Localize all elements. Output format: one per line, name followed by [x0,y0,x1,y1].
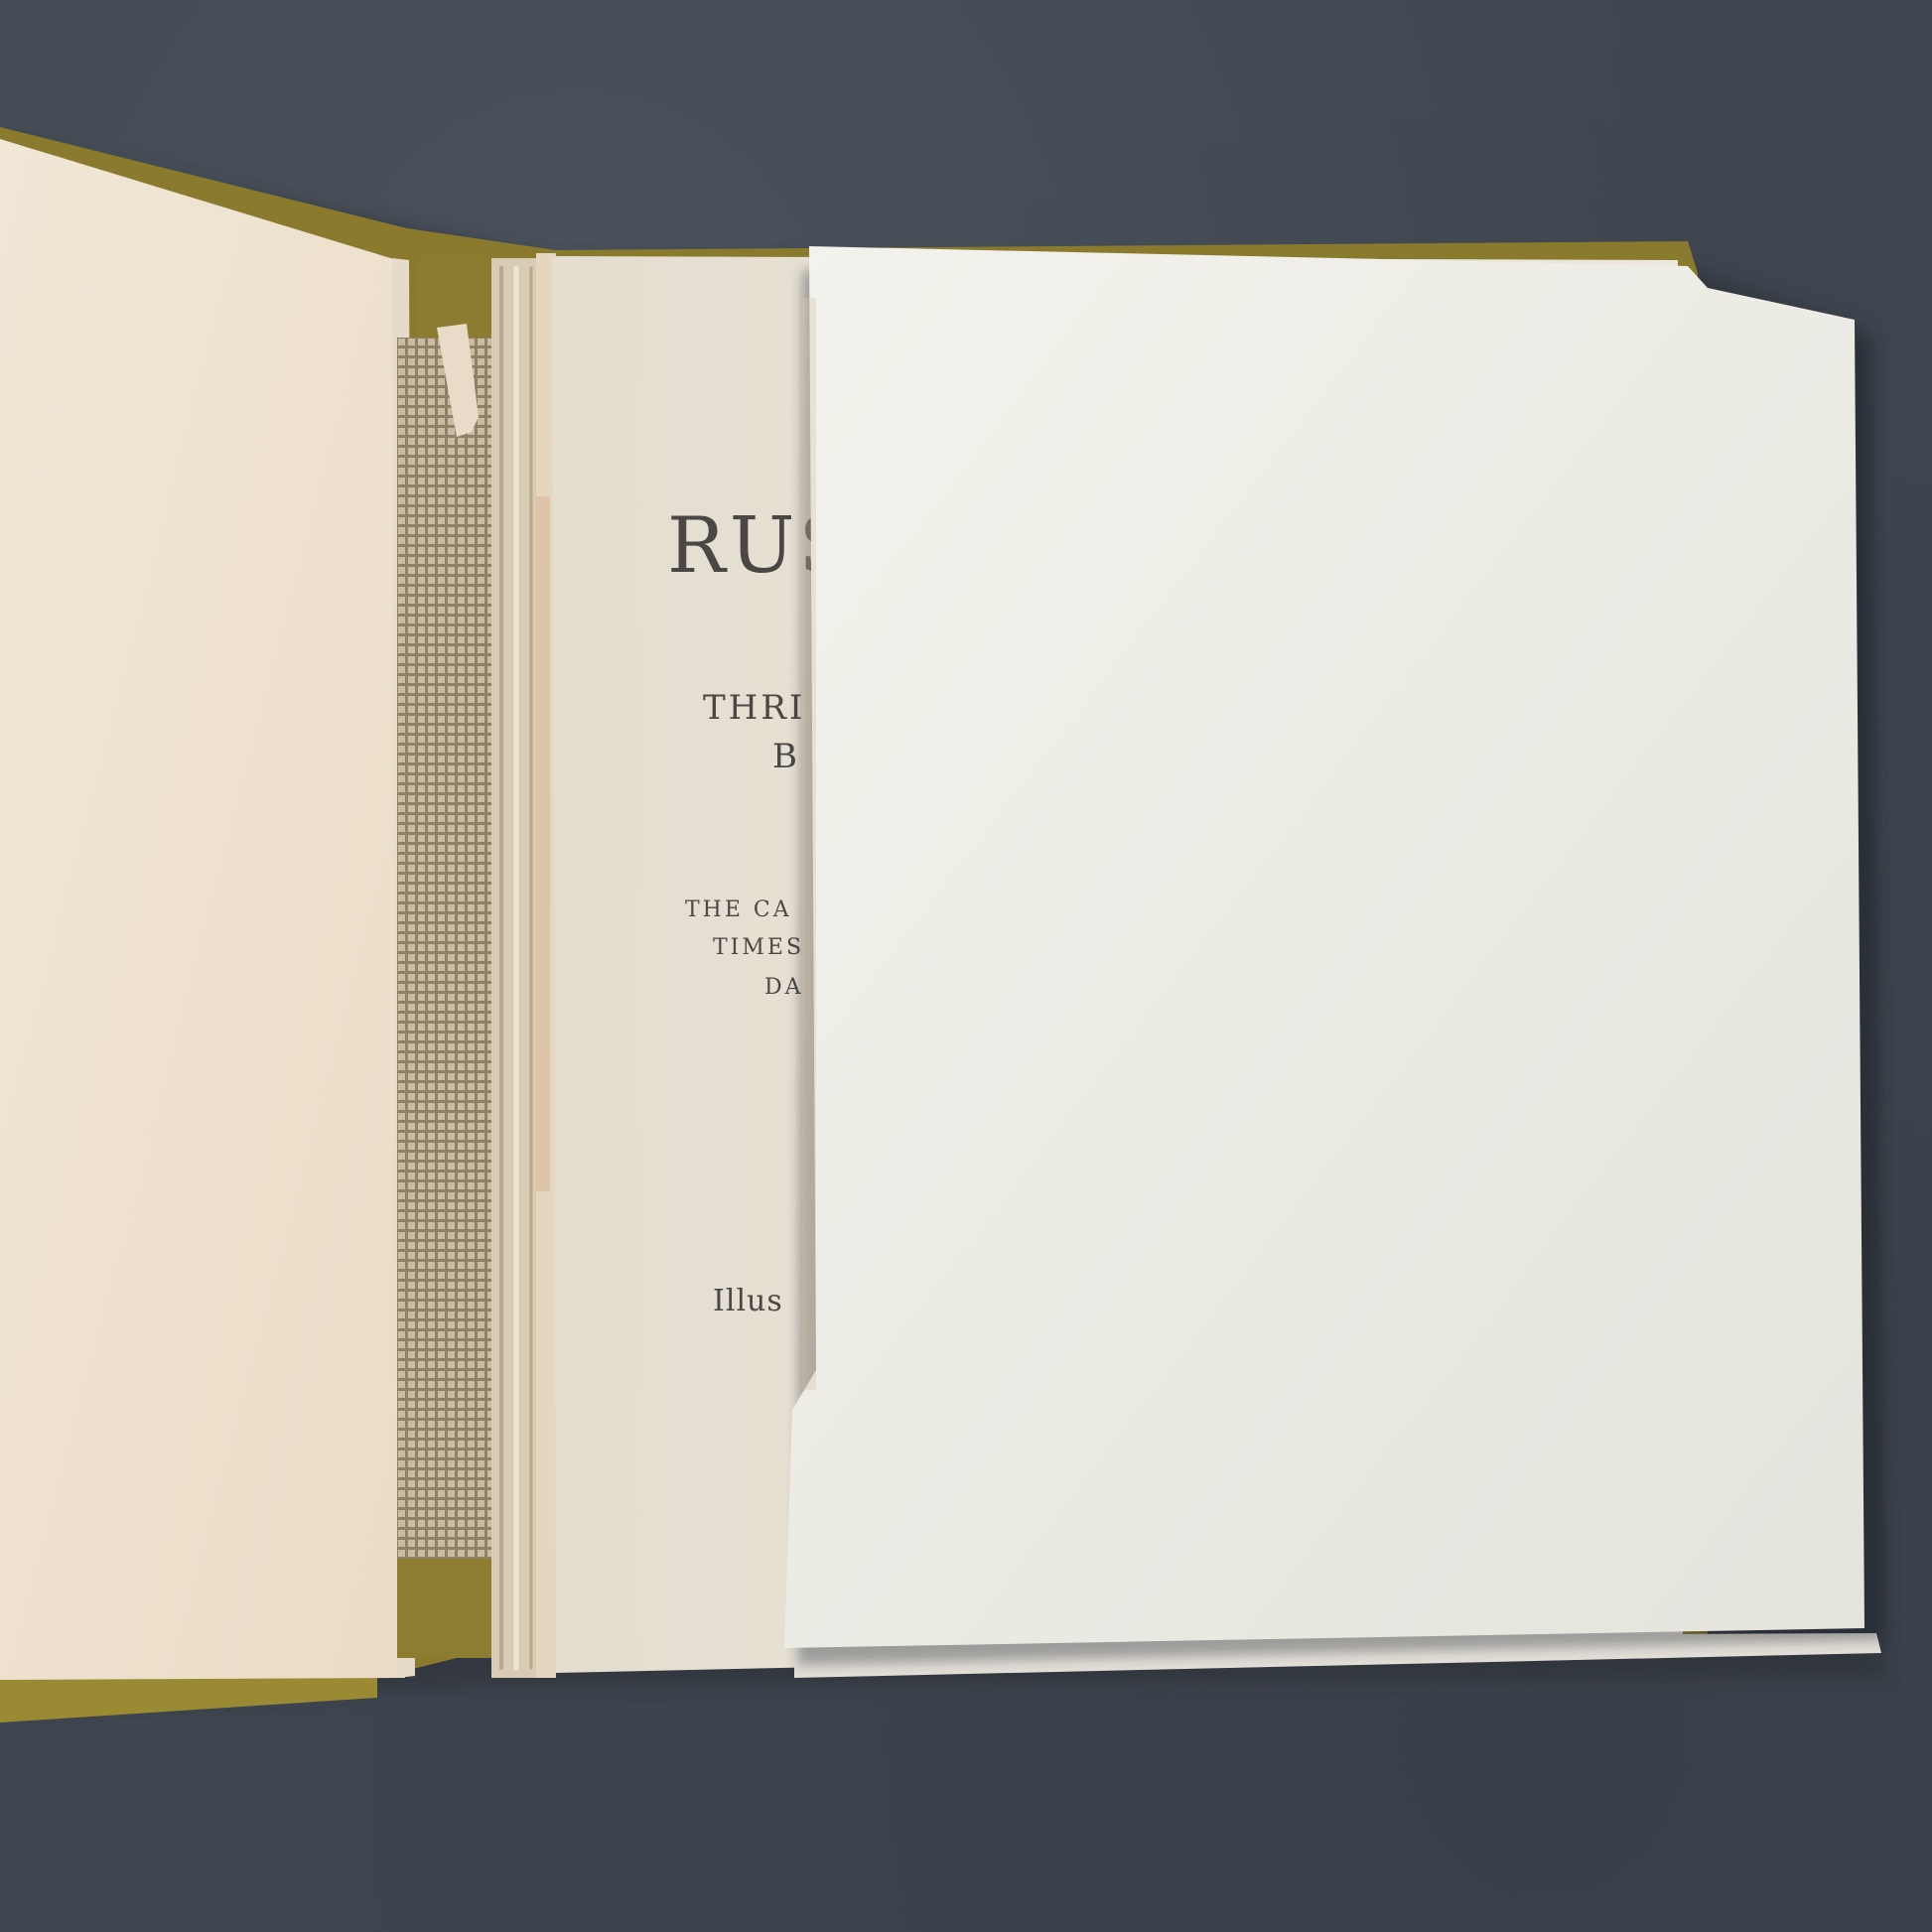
illustrated-fragment: Illus [713,1284,783,1318]
subtitle-fragment: THRI [703,688,805,728]
book-photo [0,0,1932,1932]
affiliation-fragment-1: THE CA [685,897,792,922]
title-page [552,256,1683,1673]
left-endpaper [0,139,405,1680]
affiliation-fragment-2: TIMES [713,935,804,960]
affiliation-fragment-3: DA [764,975,804,1000]
byline-fragment: B [772,737,797,776]
title-fragment: RUS [667,501,856,591]
